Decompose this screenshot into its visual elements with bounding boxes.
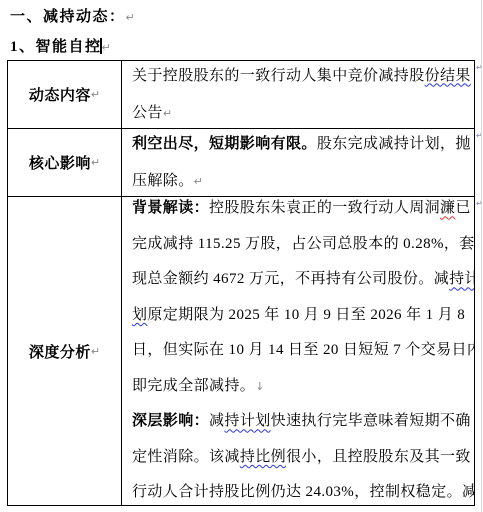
text-line: 关于控股股东的一致行动人集中竞价减持股份结果	[132, 61, 470, 95]
text-segment: 很小，且控股股东及其一致	[286, 449, 471, 465]
text-segment: 即完成全部减持。	[132, 378, 255, 394]
text-segment: 关于控股股东的一致行动人集中竞价减持股	[132, 68, 425, 84]
text-line: 深层影响：减持计划快速执行完毕意味着短期不确	[132, 404, 470, 440]
paragraph-mark-icon: ↵	[194, 175, 203, 188]
row-label-cell: 核心影响↵	[8, 129, 122, 196]
row-content-cell: 关于控股股东的一致行动人集中竞价减持股份结果公告↵	[122, 61, 474, 128]
text-segment: 原定期限为 2025 年 10 月 9 日至 2026 年 1 月 8	[147, 307, 465, 323]
text-segment: 控股股东朱袁正的一致行动人周洞	[209, 200, 440, 216]
row-label: 深度分析	[29, 341, 91, 362]
text-segment: 定性消除。该减	[132, 449, 240, 465]
row-label: 动态内容	[29, 84, 91, 105]
section-heading: 一、减持动态：↵	[10, 5, 135, 26]
text-line: 公告↵	[132, 95, 470, 129]
text-segment: 持计划	[224, 413, 270, 429]
text-line: 定性消除。该减持比例很小，且控股股东及其一致	[132, 440, 470, 476]
row-label: 核心影响	[29, 152, 91, 173]
text-segment: 持比例	[240, 449, 286, 465]
text-segment: 现总金额约 4672 万元，不再持有公司股份。减	[132, 271, 449, 287]
table-row-core-impact: 核心影响↵ 利空出尽，短期影响有限。股东完成减持计划，抛压解除。↵	[8, 129, 474, 197]
line-break-mark-icon: ↓	[255, 380, 264, 393]
document-canvas[interactable]: 一、减持动态：↵ 1、智能自控↵ 动态内容↵ 关于控股股东的一致行动人集中竞价减…	[0, 0, 483, 512]
text-segment: 完成减持 115.25 万股，占公司总股本的 0.28%，套	[132, 236, 474, 252]
text-line: 利空出尽，短期影响有限。股东完成减持计划，抛	[132, 129, 470, 163]
text-segment: 已	[455, 200, 470, 216]
text-segment: 减	[209, 413, 224, 429]
text-segment: 股东完成减持计划，抛	[317, 136, 471, 152]
text-segment: 持计	[449, 271, 474, 287]
text-segment: 利空出尽，短期影响有限。	[132, 136, 317, 152]
text-segment: 日，但实际在 10 月 14 日至 20 日短短 7 个交易日内	[132, 342, 474, 358]
paragraph-mark-icon: ↵	[102, 41, 111, 54]
row-label-cell: 动态内容↵	[8, 61, 122, 128]
text-segment: 划	[132, 307, 147, 323]
text-line: 压解除。↵	[132, 163, 470, 197]
table-row-deep-analysis: 深度分析↵ 背景解读：控股股东朱袁正的一致行动人周洞濂已完成减持 115.25 …	[8, 197, 474, 506]
text-line: 划原定期限为 2025 年 10 月 9 日至 2026 年 1 月 8	[132, 298, 470, 334]
cell-end-mark-icon: ↵	[91, 156, 100, 169]
stock-heading-text: 1、智能自控	[10, 39, 102, 55]
info-table: 动态内容↵ 关于控股股东的一致行动人集中竞价减持股份结果公告↵ 核心影响↵ 利空…	[7, 60, 475, 506]
stock-heading: 1、智能自控↵	[10, 35, 111, 56]
row-content-cell: 背景解读：控股股东朱袁正的一致行动人周洞濂已完成减持 115.25 万股，占公司…	[122, 197, 474, 505]
text-segment: 压解除。	[132, 173, 194, 189]
text-line: 行动人合计持股比例仍达 24.03%，控制权稳定。减	[132, 475, 470, 505]
text-segment: 濂	[440, 200, 455, 216]
cell-end-mark-icon: ↵	[91, 88, 100, 101]
text-line: 背景解读：控股股东朱袁正的一致行动人周洞濂已	[132, 197, 470, 227]
row-content-cell: 利空出尽，短期影响有限。股东完成减持计划，抛压解除。↵	[122, 129, 474, 196]
paragraph-mark-icon: ↵	[163, 107, 172, 120]
table-row-dynamic-content: 动态内容↵ 关于控股股东的一致行动人集中竞价减持股份结果公告↵	[8, 61, 474, 129]
text-line: 日，但实际在 10 月 14 日至 20 日短短 7 个交易日内	[132, 333, 470, 369]
text-line: 现总金额约 4672 万元，不再持有公司股份。减持计	[132, 262, 470, 298]
row-label-cell: 深度分析↵	[8, 197, 122, 505]
text-line: 完成减持 115.25 万股，占公司总股本的 0.28%，套	[132, 227, 470, 263]
text-segment: 快速执行完毕意味着短期不确	[271, 413, 471, 429]
text-segment: 份结果	[425, 68, 471, 84]
section-heading-text: 一、减持动态：	[10, 9, 126, 25]
page-edge-divider	[481, 0, 482, 512]
cell-end-mark-icon: ↵	[91, 345, 100, 358]
paragraph-mark-icon: ↵	[126, 11, 135, 24]
text-segment: 公告	[132, 105, 163, 121]
text-segment: 背景解读：	[132, 200, 209, 216]
text-line: 即完成全部减持。↓	[132, 369, 470, 405]
text-segment: 行动人合计持股比例仍达 24.03%，控制权稳定。减	[132, 484, 474, 500]
text-segment: 深层影响：	[132, 413, 209, 429]
